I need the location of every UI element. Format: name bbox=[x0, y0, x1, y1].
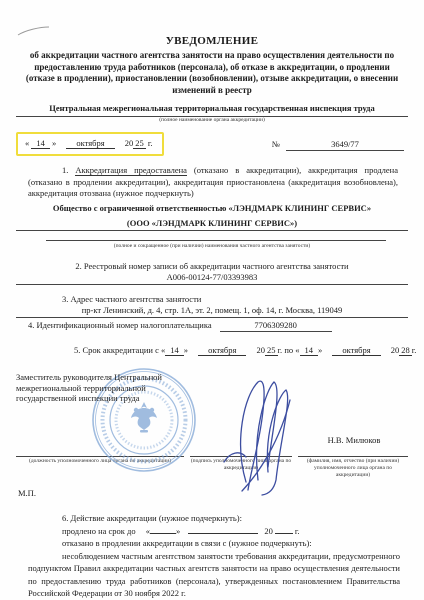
section6-reason-paragraph: несоблюдением частным агентством занятос… bbox=[28, 550, 400, 599]
quote-close: » bbox=[52, 138, 56, 148]
term-from-month: октября bbox=[198, 345, 246, 356]
section3-address: пр-кт Ленинский, д. 4, стр. 1А, эт. 2, п… bbox=[16, 305, 408, 318]
handwritten-signature bbox=[212, 370, 316, 496]
taxpayer-id: 7706309280 bbox=[220, 320, 332, 332]
issue-month: октября bbox=[66, 138, 114, 149]
suffix: г. bbox=[412, 345, 417, 355]
term-to-month: октября bbox=[332, 345, 380, 356]
blank-day-field bbox=[150, 525, 176, 534]
notification-document: УВЕДОМЛЕНИЕ об аккредитации частного аге… bbox=[0, 0, 424, 600]
document-title: УВЕДОМЛЕНИЕ bbox=[16, 34, 408, 48]
quote-close: » bbox=[176, 526, 180, 536]
section3-label: 3. Адрес частного агентства занятости bbox=[62, 294, 408, 305]
quote-open: « bbox=[25, 138, 29, 148]
section4-row: 4. Идентификационный номер налогоплатель… bbox=[28, 320, 408, 332]
section2-registry-number: А006-00124-77/03393983 bbox=[16, 272, 408, 285]
suffix: г. bbox=[295, 526, 300, 536]
document-number-block: №3649/77 bbox=[272, 139, 404, 151]
issue-year-suffix: г. bbox=[148, 138, 153, 148]
section4-label: 4. Идентификационный номер налогоплатель… bbox=[28, 320, 212, 330]
term-from-day: 14 bbox=[165, 345, 184, 356]
section1-number: 1. bbox=[62, 165, 75, 175]
term-from-year: 25 bbox=[265, 345, 278, 356]
section6-heading: 6. Действие аккредитации (нужное подчерк… bbox=[62, 513, 408, 524]
issue-year: 25 bbox=[133, 138, 146, 149]
agency-name-blank-line bbox=[46, 231, 386, 241]
term-to-day: 14 bbox=[300, 345, 319, 356]
issue-day: 14 bbox=[31, 138, 50, 149]
signer-position: Заместитель руководителя Центральной меж… bbox=[16, 372, 184, 456]
agency-full-name: Общество с ограниченной ответственностью… bbox=[16, 203, 408, 214]
agency-short-name: (ООО «ЛЭНДМАРК КЛИНИНГ СЕРВИС») bbox=[16, 218, 408, 230]
quote-close: » bbox=[318, 345, 322, 355]
section6-extension-line: продлено на срок до «» 20г. bbox=[62, 525, 408, 537]
extension-label: продлено на срок до bbox=[62, 526, 136, 536]
section5-label: 5. Срок аккредитации с bbox=[74, 345, 159, 355]
section5-connector: по bbox=[284, 345, 293, 355]
agency-name-caption: (полное и сокращенное (при наличии) наим… bbox=[16, 243, 408, 250]
issue-century: 20 bbox=[125, 138, 134, 148]
number-label: № bbox=[272, 139, 280, 149]
accreditation-org-caption: (полное наименование органа аккредитации… bbox=[16, 117, 408, 124]
issue-date-highlight-box: « 14 » октября 2025 г. bbox=[16, 132, 164, 156]
section6-refusal-line: отказано в продлении аккредитации в связ… bbox=[62, 538, 408, 549]
blank-month-field bbox=[188, 525, 258, 534]
signer-name: Н.В. Милюков bbox=[300, 372, 408, 456]
document-subtitle: об аккредитации частного агентства занят… bbox=[23, 50, 401, 96]
section1-paragraph: 1. Аккредитация предоставлена (отказано … bbox=[28, 165, 398, 199]
century: 20 bbox=[264, 526, 273, 536]
section2-label: 2. Реестровый номер записи об аккредитац… bbox=[16, 261, 408, 272]
pen-mark bbox=[16, 24, 52, 38]
section5-row: 5. Срок аккредитации с «14» октября 2025… bbox=[74, 345, 408, 356]
quote-close: » bbox=[184, 345, 188, 355]
signature-area: Заместитель руководителя Центральной меж… bbox=[16, 372, 408, 456]
quote-open: « bbox=[295, 345, 299, 355]
suffix: г. bbox=[278, 345, 283, 355]
issue-row: « 14 » октября 2025 г. №3649/77 bbox=[16, 132, 408, 156]
term-from-century: 20 bbox=[257, 345, 266, 355]
blank-year-field bbox=[275, 525, 293, 534]
document-number: 3649/77 bbox=[286, 139, 404, 151]
section1-underlined-option: Аккредитация предоставлена bbox=[75, 165, 187, 176]
term-to-year: 28 bbox=[399, 345, 412, 356]
term-to-century: 20 bbox=[391, 345, 400, 355]
accreditation-org-name: Центральная межрегиональная территориаль… bbox=[16, 103, 408, 117]
